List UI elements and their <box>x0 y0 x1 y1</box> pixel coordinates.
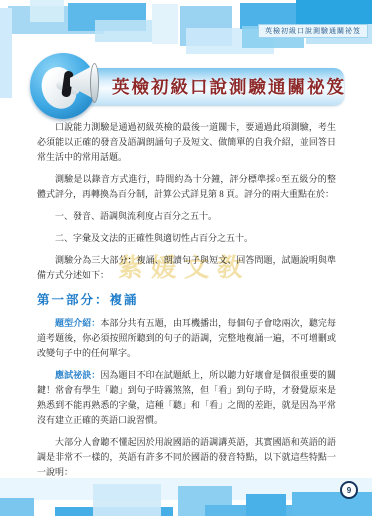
deco-rect <box>0 8 12 98</box>
paragraph: 口說能力測驗是通過初級英檢的最後一道關卡，要通過此項測驗，考生必須能以正確的發音… <box>37 120 336 165</box>
running-head: 英檢初級口說測驗通關祕笈 <box>258 22 368 39</box>
paragraph-intro: 題型介紹：本部分共有五題，由耳機播出，每個句子會唸兩次，聽完每道考題後，你必須按… <box>37 316 336 361</box>
page-number: 9 <box>340 481 358 499</box>
deco-rect <box>292 492 372 516</box>
list-item: 二、字彙及文法的正確性與適切性占百分之五十。 <box>37 231 336 246</box>
list-item: 一、發音、語調與流利度占百分之五十。 <box>37 209 336 224</box>
paragraph: 測驗分為三大部分：複誦、朗讀句子與短文、回答問題，試題說明與準備方式分述如下： <box>37 253 336 283</box>
megaphone-rim <box>90 63 99 103</box>
deco-rect <box>93 484 161 516</box>
paragraph: 測驗是以錄音方式進行，時間約為十分鐘，評分標準採○至五級分的整體式評分，再轉換為… <box>37 172 336 202</box>
section-heading: 第一部分：複誦 <box>37 293 336 308</box>
book-page: 英檢初級口說測驗通關祕笈 英檢初級口說測驗通關祕笈 紫媛文教 口說能力測驗是通過… <box>0 0 372 516</box>
paragraph: 大部分人會聽不懂起因於用說國語的語調講英語，其實國語和英語的語調是非常不一樣的，… <box>37 435 336 480</box>
body-text: 口說能力測驗是通過初級英檢的最後一道關卡，要通過此項測驗，考生必須能以正確的發音… <box>37 120 336 487</box>
deco-rect <box>30 0 64 22</box>
chapter-title-banner: 英檢初級口說測驗通關祕笈 <box>60 68 344 105</box>
deco-rect <box>152 4 178 44</box>
megaphone-icon <box>30 53 96 119</box>
intro-label: 題型介紹： <box>55 318 100 328</box>
tips-label: 應試祕訣： <box>55 370 100 380</box>
paragraph-tips: 應試祕訣：因為題目不印在試題紙上，所以聽力好壞會是個很重要的關鍵！常會有學生「聽… <box>37 368 336 428</box>
chapter-title: 英檢初級口說測驗通關祕笈 <box>112 74 346 99</box>
deco-rect <box>0 498 34 516</box>
running-head-text: 英檢初級口說測驗通關祕笈 <box>258 24 368 38</box>
deco-rect <box>246 494 286 516</box>
